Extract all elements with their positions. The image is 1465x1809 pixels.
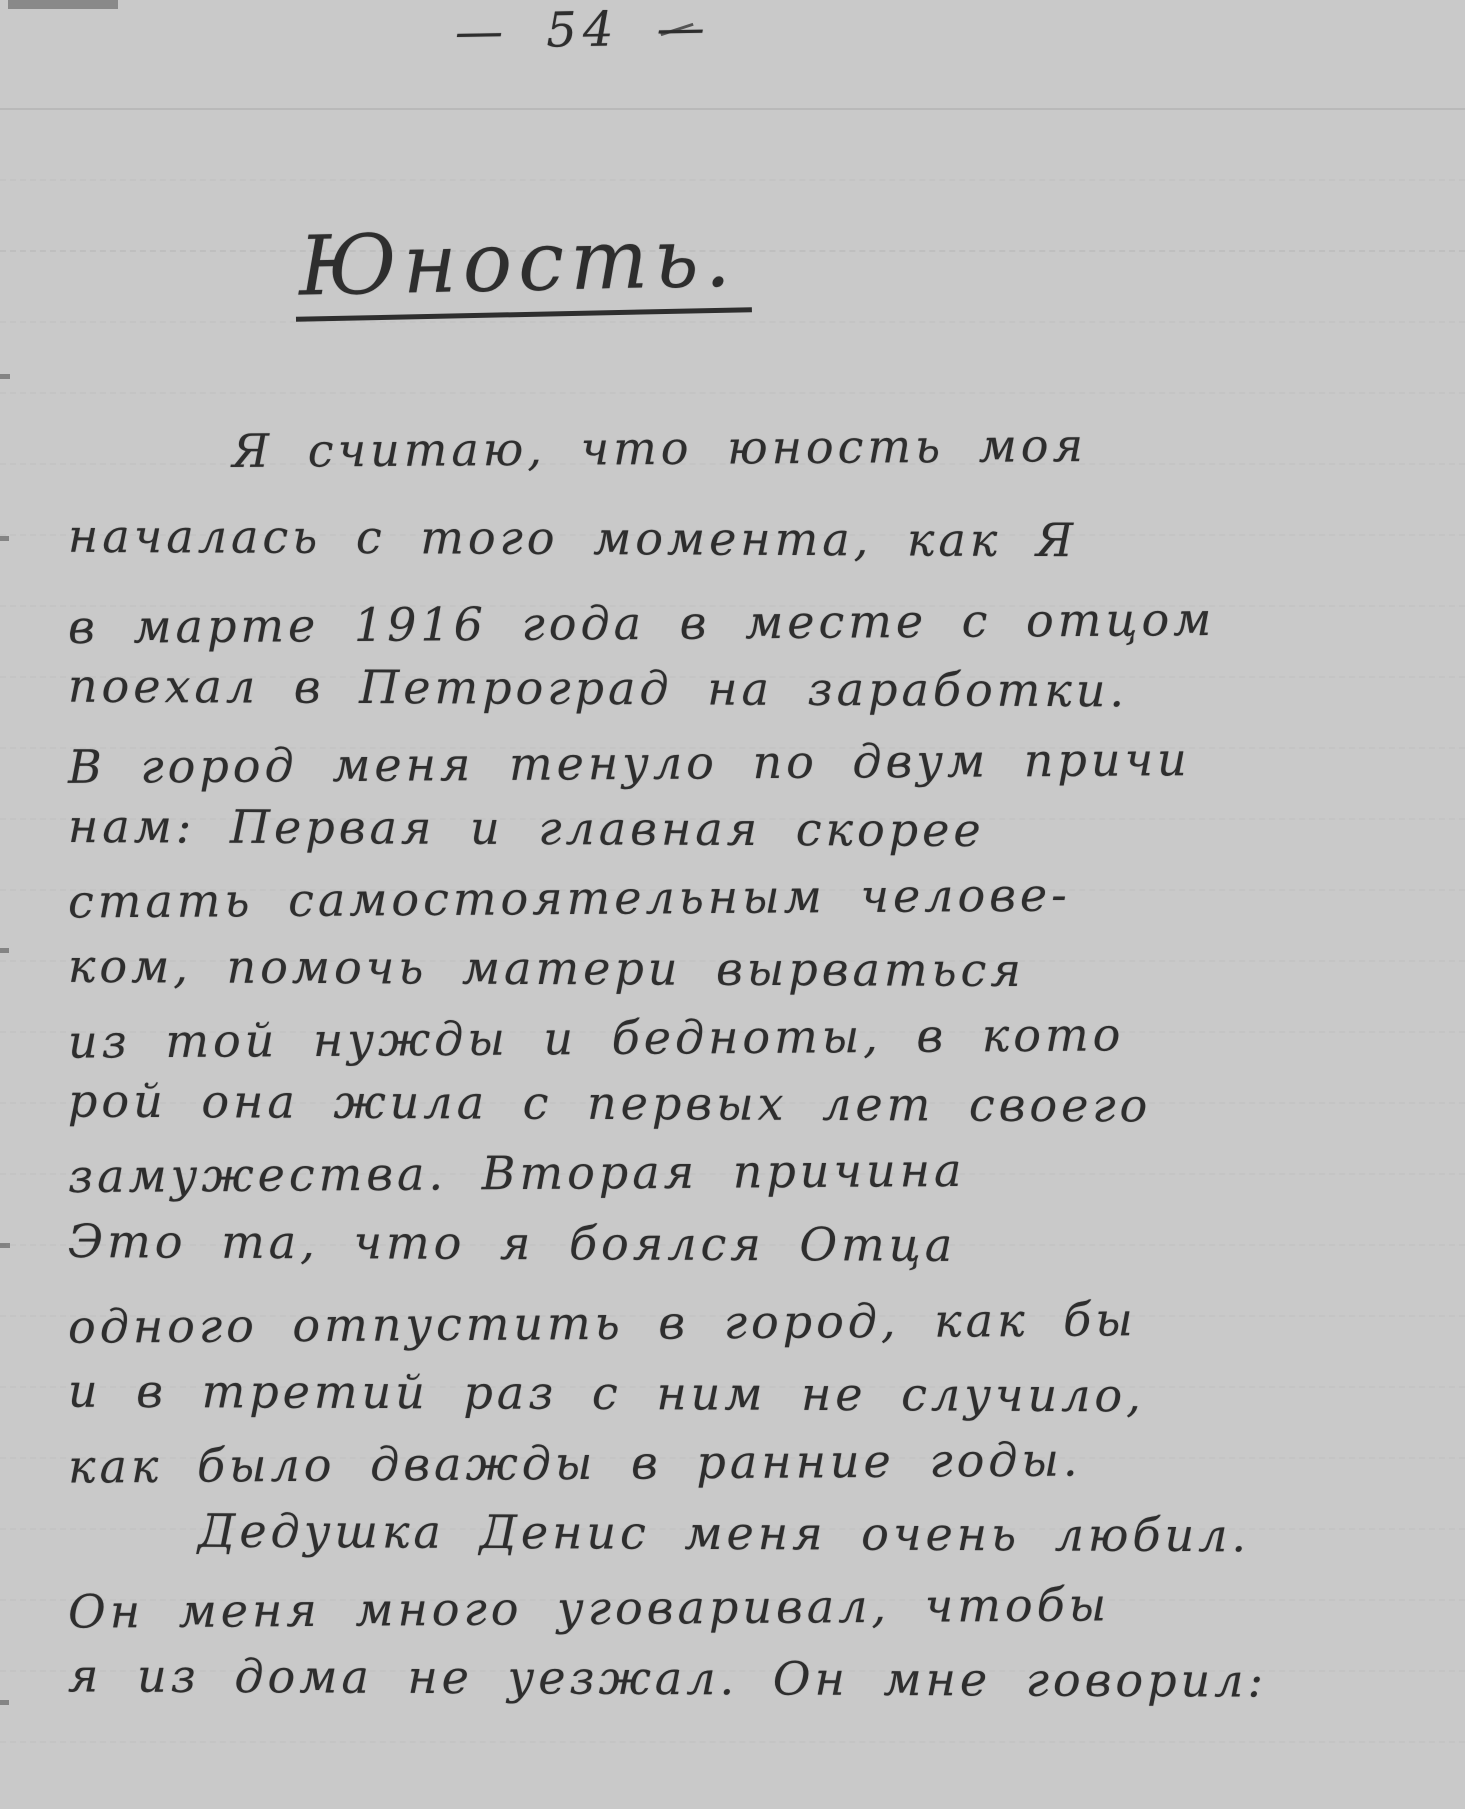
handwritten-line: одного отпустить в город, как бы: [68, 1296, 1137, 1349]
manuscript-page: — 54 — Юность. Я считаю, что юность моя …: [0, 0, 1465, 1809]
handwritten-line: замужества. Вторая причина: [68, 1147, 966, 1199]
handwritten-line: нам: Первая и главная скорее: [68, 803, 985, 853]
scan-artifact: [0, 1700, 9, 1705]
page-number: — 54 —: [455, 4, 711, 56]
handwritten-line: В город меня тенуло по двум причи: [68, 736, 1191, 790]
ruled-line: [0, 108, 1465, 110]
ruled-line: [0, 179, 1465, 181]
handwritten-line: поехал в Петроград на заработки.: [68, 663, 1128, 714]
handwritten-line: я из дома не уезжал. Он мне говорил:: [68, 1652, 1267, 1703]
handwritten-line: и в третий раз с ним не случило,: [68, 1368, 1145, 1419]
scan-artifact: [0, 536, 9, 541]
handwritten-line: Он меня много уговаривал, чтобы: [68, 1581, 1110, 1634]
handwritten-line: стать самостоятельным челове-: [68, 872, 1071, 925]
handwritten-line: в марте 1916 года в месте с отцом: [68, 596, 1216, 650]
handwritten-line: началась с того момента, как Я: [68, 513, 1077, 563]
scan-artifact: [0, 948, 9, 953]
handwritten-line: Это та, что я боялся Отца: [68, 1218, 956, 1268]
ruled-line: [0, 392, 1465, 394]
handwritten-line: Я считаю, что юность моя: [232, 422, 1087, 474]
scan-artifact: [8, 0, 118, 9]
handwritten-line: из той нужды и бедноты, в кото: [68, 1011, 1125, 1064]
ruled-line: [0, 321, 1465, 323]
page-title: Юность.: [294, 217, 752, 322]
handwritten-line: как было дважды в ранние годы.: [68, 1436, 1082, 1489]
scan-artifact: [0, 374, 10, 379]
handwritten-line: Дедушка Денис меня очень любил.: [198, 1508, 1250, 1559]
ruled-line: [0, 1741, 1465, 1743]
scan-artifact: [0, 1243, 10, 1248]
handwritten-line: рой она жила с первых лет своего: [68, 1078, 1152, 1129]
handwritten-line: ком, помочь матери вырваться: [68, 943, 1025, 993]
